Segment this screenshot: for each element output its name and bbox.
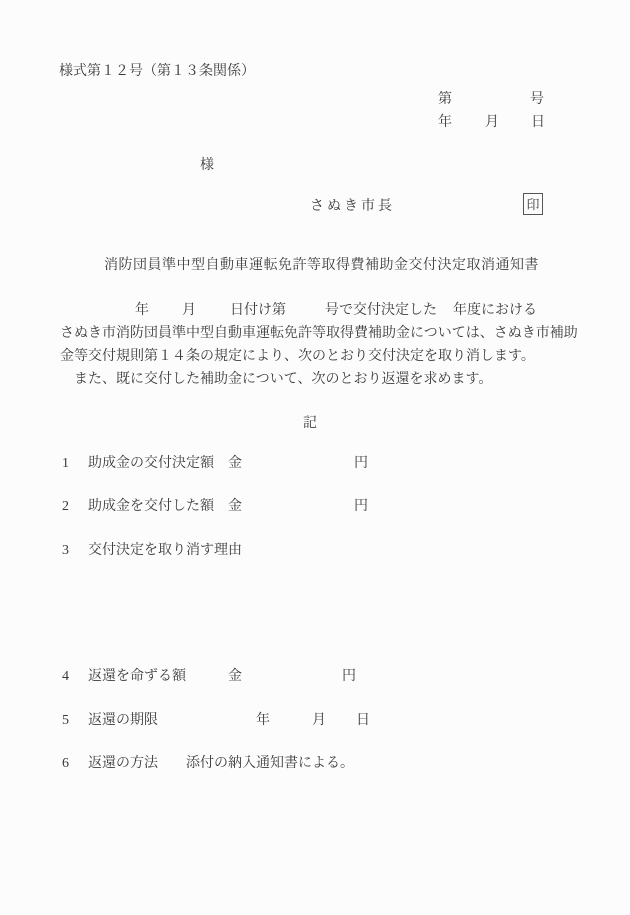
- item-6-number: 6: [62, 754, 69, 774]
- item-6-label: 返還の方法: [88, 754, 158, 774]
- record-heading: 記: [60, 412, 560, 432]
- item-row-2: 2 助成金を交付した額 金 円: [60, 497, 600, 519]
- body-line-4: また、既に交付した補助金について、次のとおり返還を求めます。: [60, 370, 492, 390]
- item-4-number: 4: [62, 667, 69, 687]
- item-4-currency-suffix: 円: [342, 667, 356, 687]
- blank-month-label: 月: [182, 301, 196, 321]
- seal-label: 印: [526, 198, 539, 211]
- document-title: 消防団員準中型自動車運転免許等取得費補助金交付決定取消通知書: [104, 256, 539, 276]
- item-1-number: 1: [62, 454, 69, 474]
- item-2-currency-suffix: 円: [354, 497, 368, 517]
- body-line-3: 金等交付規則第１４条の規定により、次のとおり交付決定を取り消します。: [60, 347, 535, 367]
- item-2-label: 助成金を交付した額: [88, 497, 214, 517]
- fiscal-clause-text: 年度における: [453, 301, 537, 321]
- date-month-label: 月: [485, 113, 499, 133]
- number-clause-text: 号で交付決定した: [325, 301, 437, 321]
- item-2-currency-prefix: 金: [228, 497, 242, 517]
- seal-box: 印: [523, 193, 543, 215]
- item-row-5: 5 返還の期限 年 月 日: [60, 711, 600, 733]
- doc-number-suffix: 号: [530, 90, 544, 110]
- sender-name: さぬき市長: [310, 197, 395, 217]
- date-year-label: 年: [438, 113, 452, 133]
- item-3-number: 3: [62, 541, 69, 561]
- doc-number-prefix: 第: [438, 90, 452, 110]
- item-5-day-label: 日: [356, 711, 370, 731]
- date-line: 年 月 日: [60, 113, 600, 135]
- body-line-1: 年 月 日付け第 号で交付決定した 年度における: [60, 301, 600, 323]
- item-row-4: 4 返還を命ずる額 金 円: [60, 667, 600, 689]
- item-4-label: 返還を命ずる額: [88, 667, 186, 687]
- item-row-1: 1 助成金の交付決定額 金 円: [60, 454, 600, 476]
- item-5-year-label: 年: [256, 711, 270, 731]
- blank-year-label: 年: [135, 301, 149, 321]
- date-day-label: 日: [531, 113, 545, 133]
- item-row-6: 6 返還の方法 添付の納入通知書による。: [60, 754, 600, 776]
- item-5-number: 5: [62, 711, 69, 731]
- item-4-currency-prefix: 金: [228, 667, 242, 687]
- item-row-3: 3 交付決定を取り消す理由: [60, 541, 600, 563]
- item-6-method-text: 添付の納入通知書による。: [186, 754, 354, 774]
- day-clause-text: 日付け第: [230, 301, 286, 321]
- item-5-label: 返還の期限: [88, 711, 158, 731]
- item-1-currency-suffix: 円: [354, 454, 368, 474]
- document-page: 様式第１２号（第１３条関係） 第 号 年 月 日 様 さぬき市長 印 消防団員準…: [0, 0, 630, 915]
- item-3-label: 交付決定を取り消す理由: [88, 541, 242, 561]
- form-number: 様式第１２号（第１３条関係）: [59, 62, 255, 82]
- item-2-number: 2: [62, 497, 69, 517]
- item-1-currency-prefix: 金: [228, 454, 242, 474]
- addressee-honorific: 様: [200, 156, 214, 176]
- item-5-month-label: 月: [312, 711, 326, 731]
- body-line-2: さぬき市消防団員準中型自動車運転免許等取得費補助金については、さぬき市補助: [60, 324, 578, 344]
- item-1-label: 助成金の交付決定額: [88, 454, 214, 474]
- doc-number-line: 第 号: [60, 90, 600, 112]
